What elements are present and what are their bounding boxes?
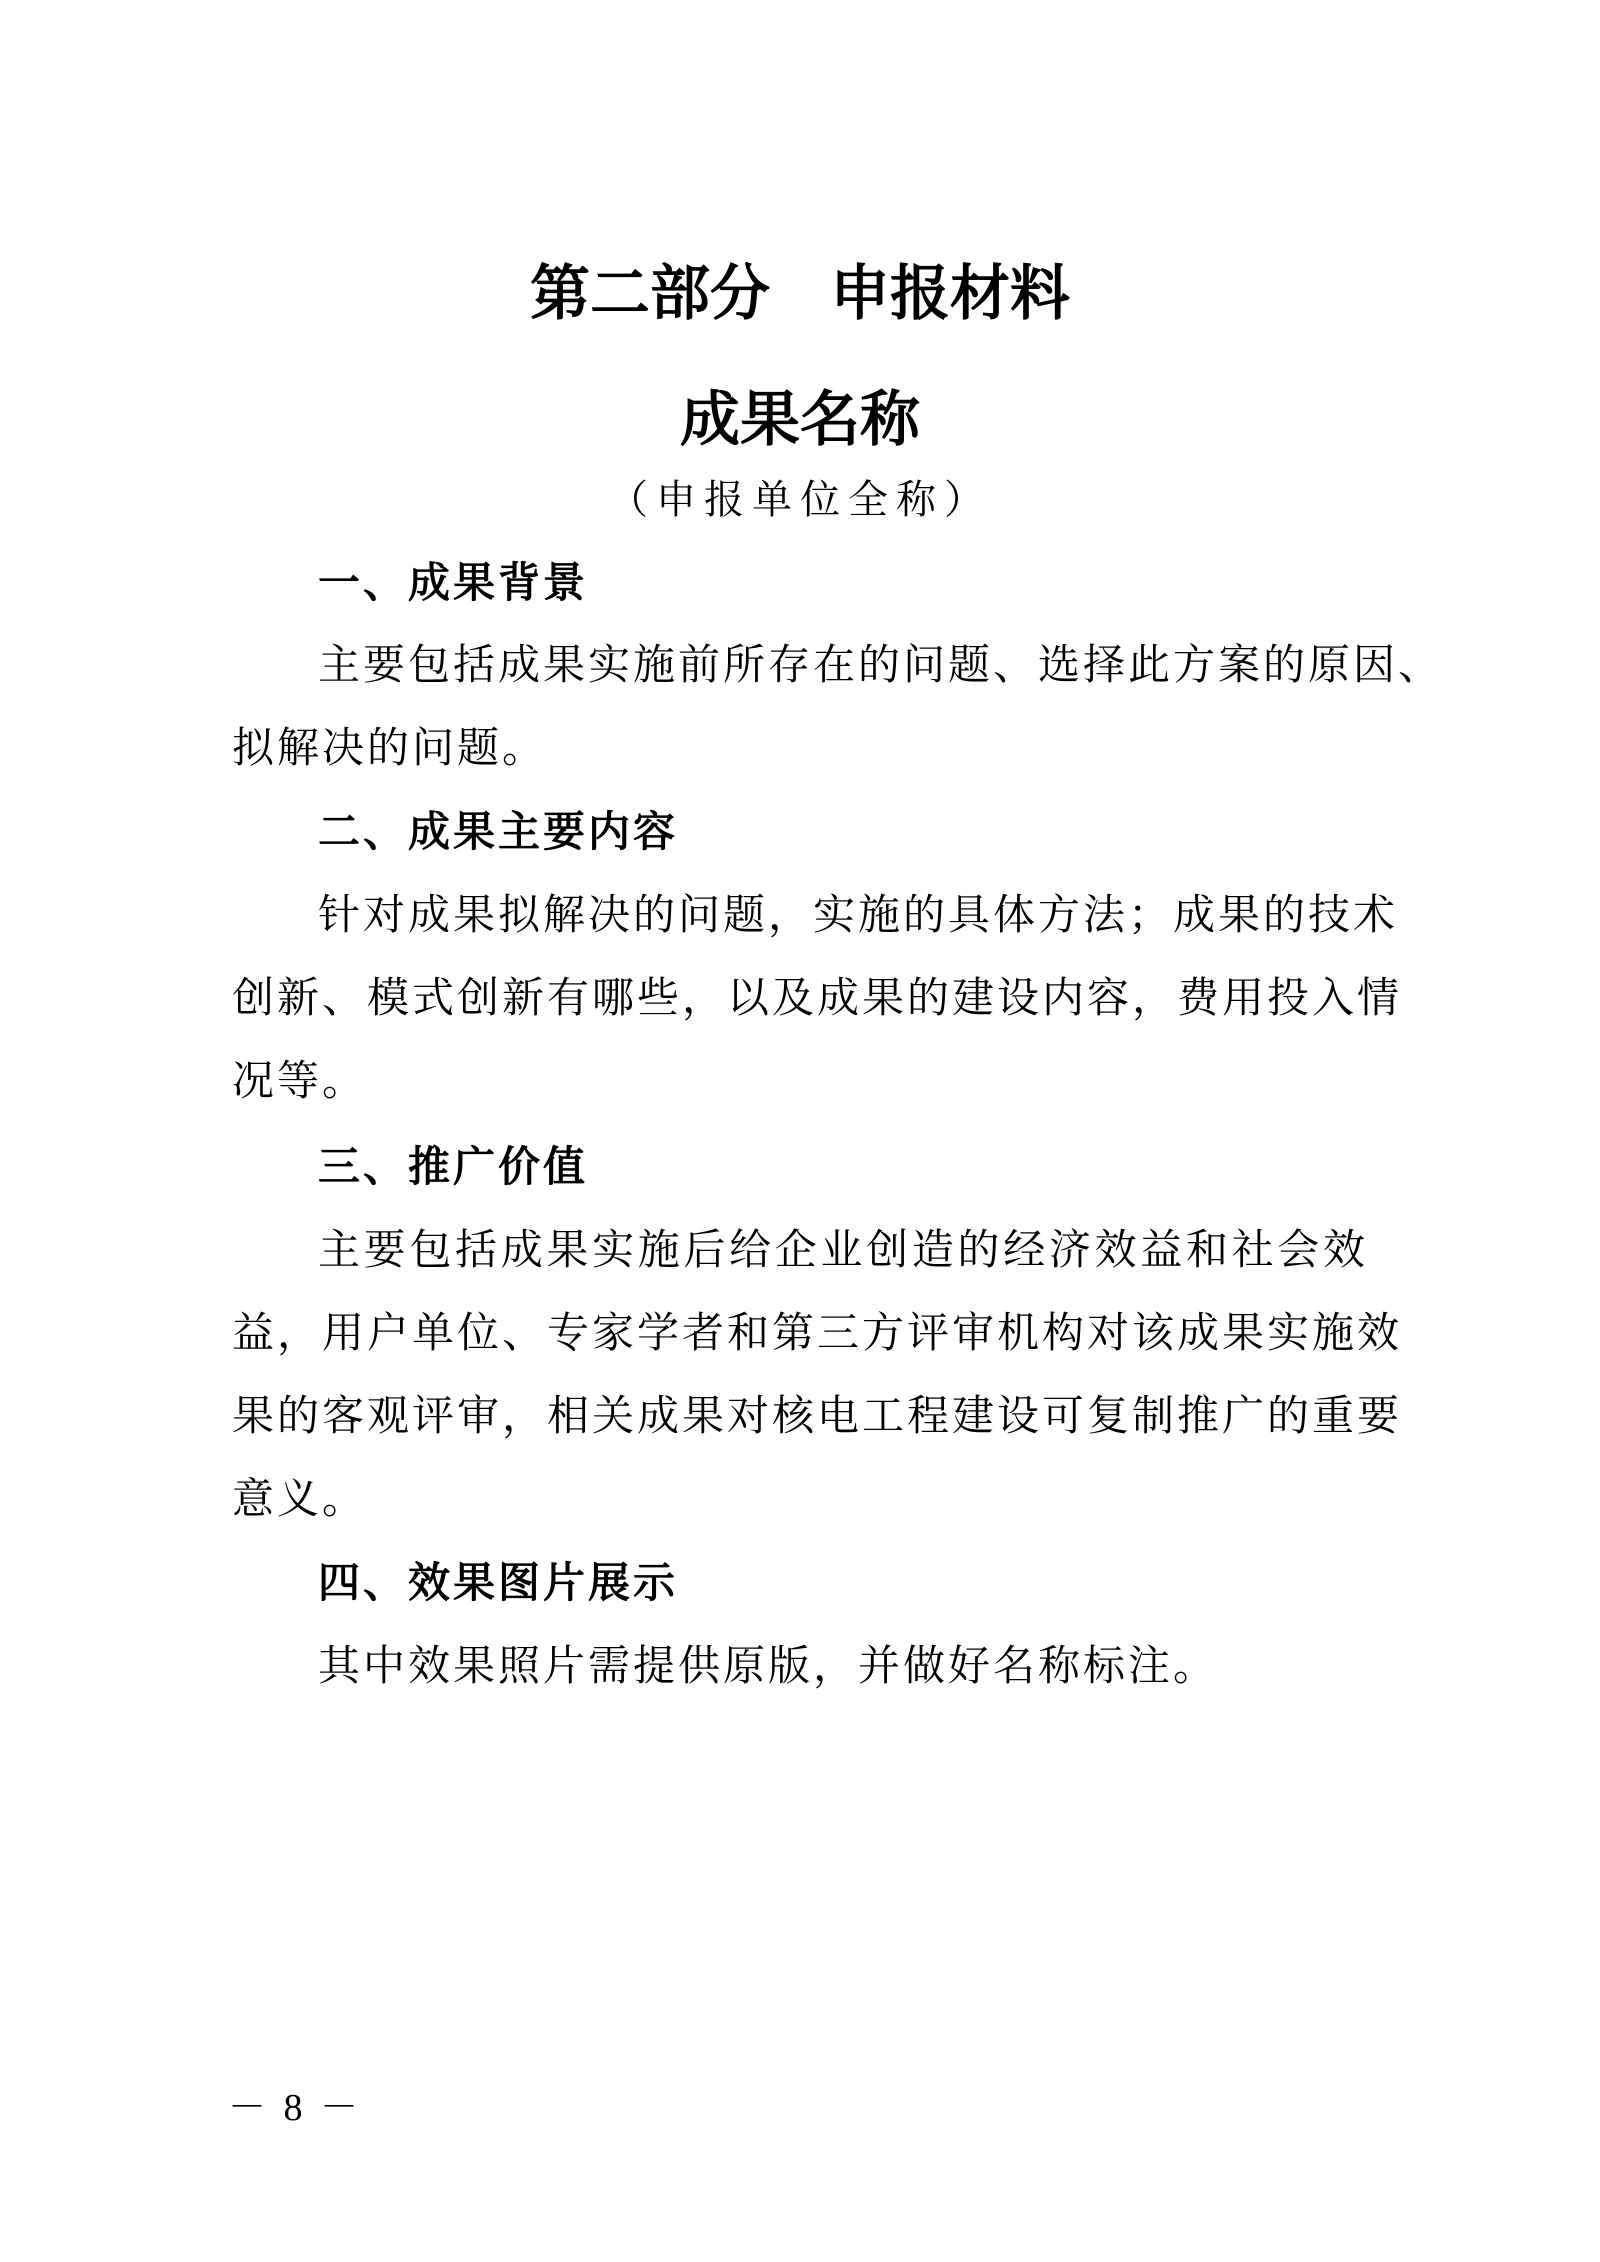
section-text-line: 果的客观评审，相关成果对核电工程建设可复制推广的重要 bbox=[232, 1388, 1368, 1444]
section-heading-background: 一、成果背景 bbox=[318, 555, 588, 611]
part-title: 第二部分 申报材料 bbox=[0, 259, 1600, 329]
applicant-name-placeholder: （申报单位全称） bbox=[0, 475, 1600, 525]
section-heading-main-content: 二、成果主要内容 bbox=[318, 804, 678, 860]
section-text-line: 创新、模式创新有哪些，以及成果的建设内容，费用投入情 bbox=[232, 970, 1368, 1026]
section-text-line: 况等。 bbox=[232, 1053, 1368, 1109]
page-number: － 8 － bbox=[228, 2086, 362, 2130]
document-page: 第二部分 申报材料 成果名称 （申报单位全称） 一、成果背景 主要包括成果实施前… bbox=[0, 0, 1600, 2262]
section-heading-promotion-value: 三、推广价值 bbox=[318, 1139, 588, 1195]
achievement-name-title: 成果名称 bbox=[0, 385, 1600, 455]
section-text-line: 意义。 bbox=[232, 1471, 1368, 1527]
section-text-line: 主要包括成果实施后给企业创造的经济效益和社会效 bbox=[318, 1222, 1368, 1278]
section-text-line: 主要包括成果实施前所存在的问题、选择此方案的原因、 bbox=[318, 637, 1368, 693]
section-text-line: 其中效果照片需提供原版，并做好名称标注。 bbox=[318, 1638, 1368, 1694]
section-text-line: 针对成果拟解决的问题，实施的具体方法；成果的技术 bbox=[318, 887, 1368, 943]
section-text-line: 拟解决的问题。 bbox=[232, 720, 1368, 776]
section-text-line: 益，用户单位、专家学者和第三方评审机构对该成果实施效 bbox=[232, 1305, 1368, 1361]
section-heading-effect-images: 四、效果图片展示 bbox=[318, 1555, 678, 1611]
